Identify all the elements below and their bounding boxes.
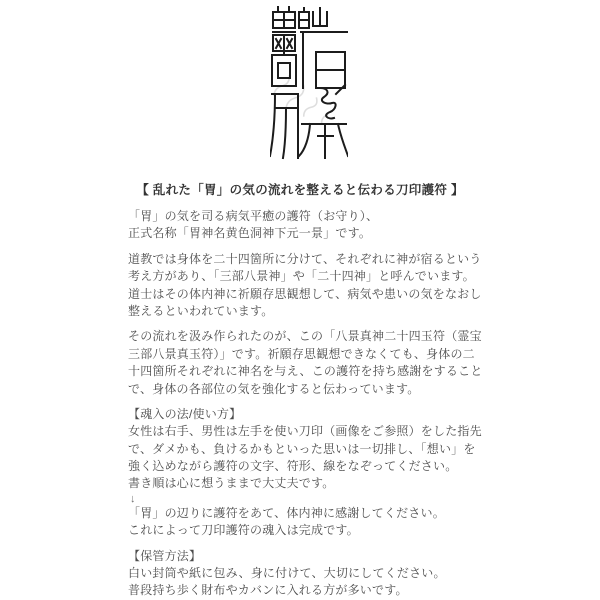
text-line: で、ダメかも、負けるかもといった思いは一切排し、「想い」を <box>128 441 600 458</box>
text-line: 女性は右手、男性は左手を使い刀印（画像をご参照）をした指先 <box>128 423 600 440</box>
text-line: 強く込めながら護符の文字、符形、線をなぞってください。 <box>128 458 600 475</box>
usage-section: 【魂入の法/使い方】 女性は右手、男性は左手を使い刀印（画像をご参照）をした指先… <box>128 406 600 540</box>
storage-section: 【保管方法】 白い封筒や紙に包み、身に付けて、大切にしてください。普段持ち歩く財… <box>128 548 600 600</box>
text-line: 三部八景真玉符）」です。祈願存思観想できなくても、身体の二 <box>128 346 600 363</box>
text-line: 「胃」の気を司る病気平癒の護符（お守り）、 <box>128 208 600 225</box>
usage-section-lines: 女性は右手、男性は左手を使い刀印（画像をご参照）をした指先で、ダメかも、負けるか… <box>128 423 600 539</box>
text-line: 十四箇所それぞれに神名を与え、この護符を持ち感謝をすること <box>128 363 600 380</box>
text-line: これによって刀印護符の魂入は完成です。 <box>128 522 600 539</box>
text-line: 「胃」の辺りに護符をあて、体内神に感謝してください。 <box>128 505 600 522</box>
text-line: その流れを汲み作られたのが、この「八景真神二十四玉符（霊宝 <box>128 328 600 345</box>
body-text: 「胃」の気を司る病気平癒の護符（お守り）、正式名称「胃神名黄色洞神下元一景」です… <box>128 208 600 600</box>
intro-paragraph-1: 「胃」の気を司る病気平癒の護符（お守り）、正式名称「胃神名黄色洞神下元一景」です… <box>128 208 600 243</box>
text-line: 普段持ち歩く財布やカバンに入れる方が多いです。 <box>128 582 600 599</box>
seal-image-area <box>0 0 600 164</box>
text-line: 書き順は心に想うままで大丈夫です。 <box>128 475 600 492</box>
seal-glyph <box>270 6 348 164</box>
text-line: で、身体の各部位の気を強化すると伝わっています。 <box>128 381 600 398</box>
text-line: 考え方があり、「三部八景神」や「二十四神」と呼んでいます。 <box>128 268 600 285</box>
intro-paragraph-3: その流れを汲み作られたのが、この「八景真神二十四玉符（霊宝三部八景真玉符）」です… <box>128 328 600 398</box>
down-arrow-icon: ↓ <box>128 493 600 505</box>
usage-section-title: 【魂入の法/使い方】 <box>128 406 600 423</box>
seal-script-talisman-icon <box>270 6 348 162</box>
storage-section-lines: 白い封筒や紙に包み、身に付けて、大切にしてください。普段持ち歩く財布やカバンに入… <box>128 565 600 600</box>
text-line: 道教では身体を二十四箇所に分けて、それぞれに神が宿るという <box>128 251 600 268</box>
text-line: 正式名称「胃神名黄色洞神下元一景」です。 <box>128 225 600 242</box>
text-line: 道士はその体内神に祈願存思観想して、病気や患いの気をなおし <box>128 286 600 303</box>
product-description-page: 【 乱れた「胃」の気の流れを整えると伝わる刀印護符 】 「胃」の気を司る病気平癒… <box>0 0 600 600</box>
page-title: 【 乱れた「胃」の気の流れを整えると伝わる刀印護符 】 <box>0 180 600 198</box>
text-line: 整えるといわれています。 <box>128 303 600 320</box>
intro-paragraph-2: 道教では身体を二十四箇所に分けて、それぞれに神が宿るという考え方があり、「三部八… <box>128 251 600 321</box>
text-line: 白い封筒や紙に包み、身に付けて、大切にしてください。 <box>128 565 600 582</box>
storage-section-title: 【保管方法】 <box>128 548 600 565</box>
